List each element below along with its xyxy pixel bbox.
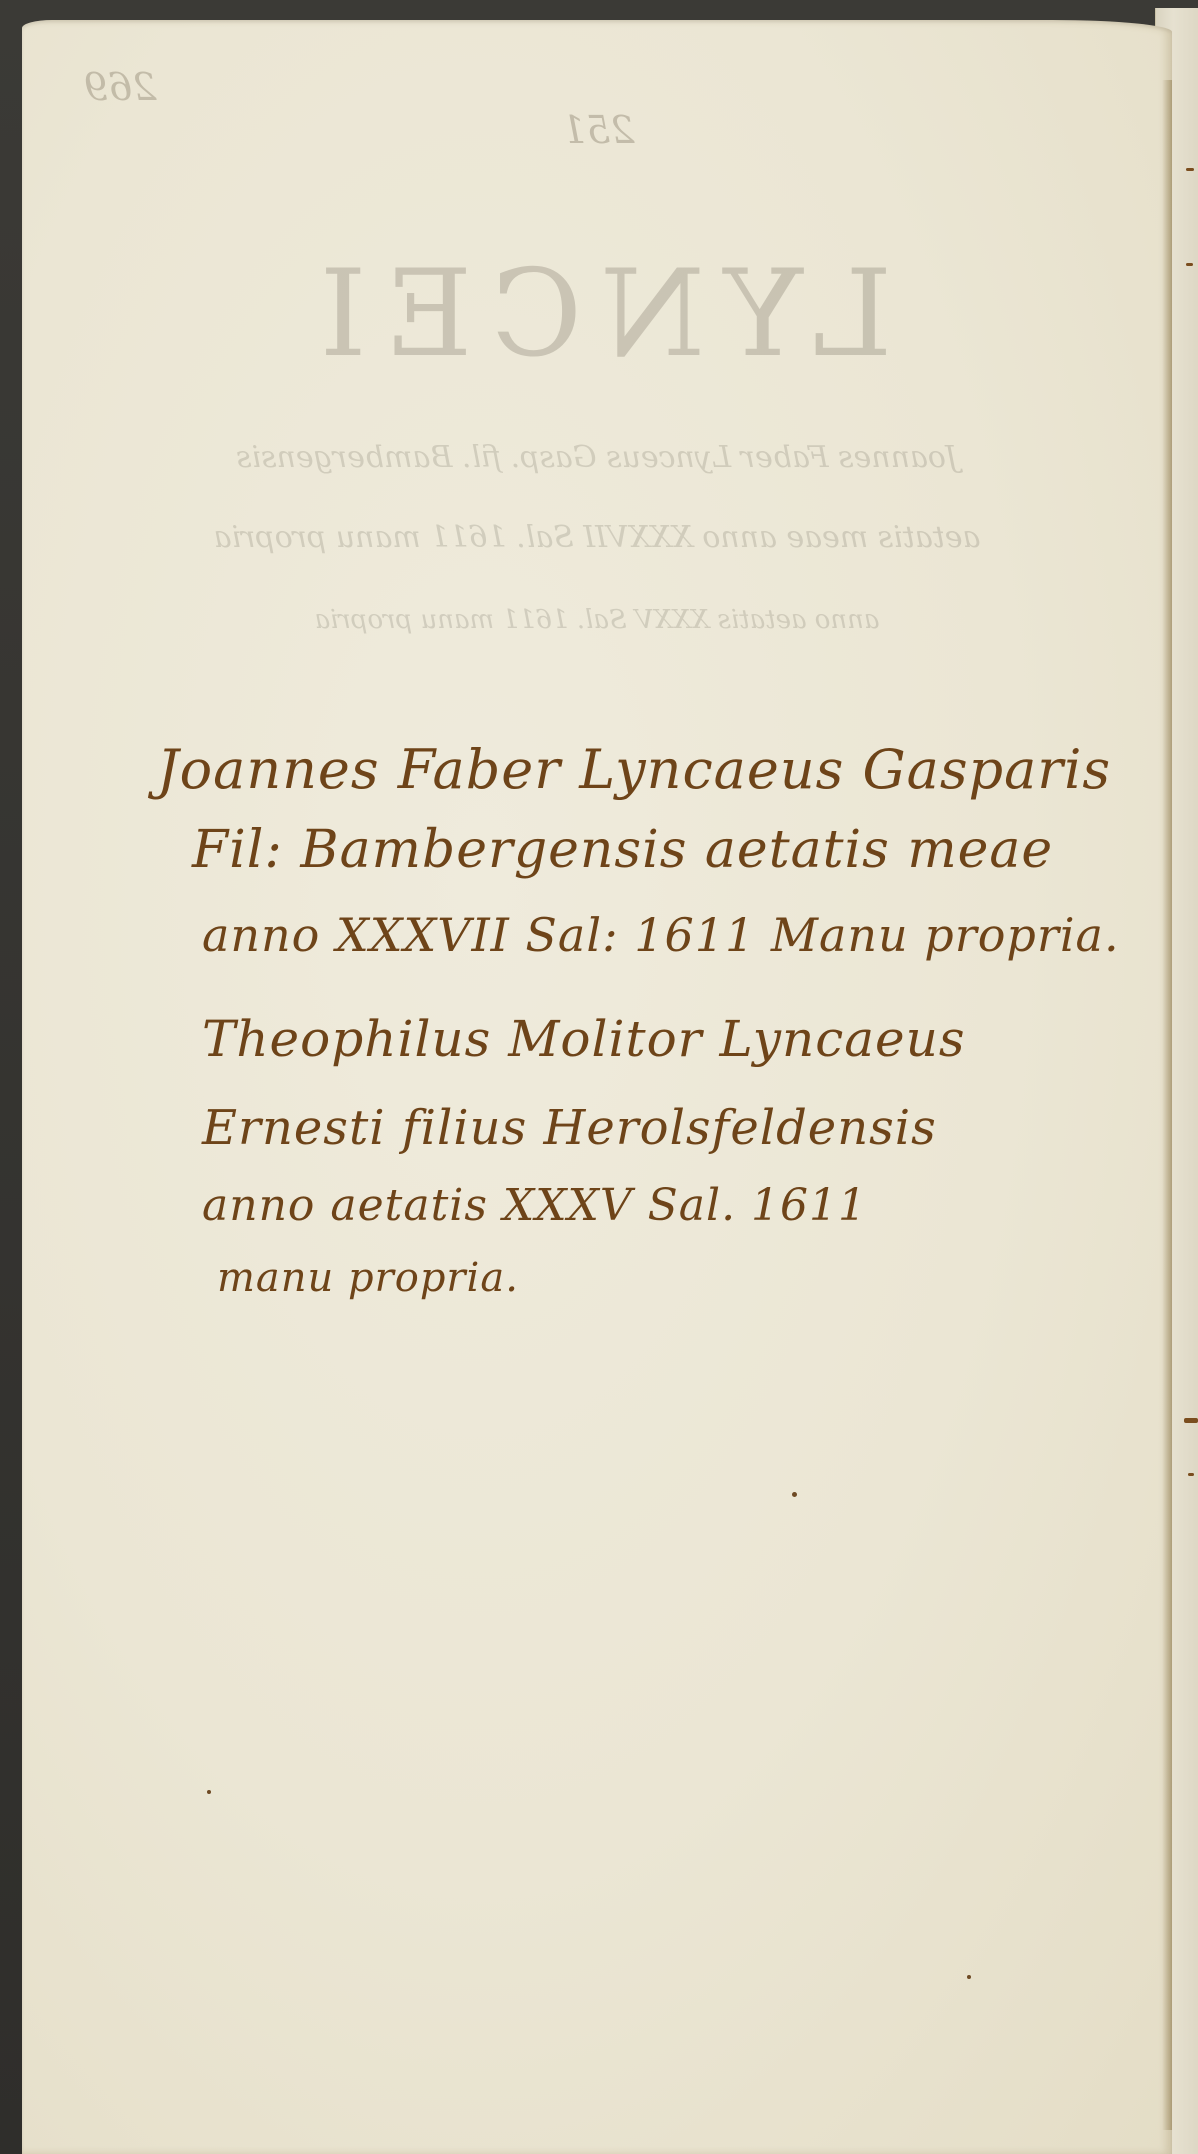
- show-through-title: LYNCEI: [22, 245, 1172, 384]
- ink-speck: [792, 1492, 797, 1497]
- adjacent-ink-mark: [1188, 1473, 1194, 1476]
- inscription-line: anno aetatis XXXV Sal. 1611: [202, 1180, 867, 1231]
- folio-number-left: 269: [84, 65, 157, 109]
- inscription-line: Joannes Faber Lyncaeus Gasparis: [157, 738, 1111, 801]
- show-through-line: Joannes Faber Lynceus Gasp. fil. Bamberg…: [22, 440, 1172, 475]
- inscription-line: Fil: Bambergensis aetatis meae: [192, 820, 1053, 880]
- inscription-line: anno XXXVII Sal: 1611 Manu propria.: [202, 908, 1120, 962]
- inscription-line: Theophilus Molitor Lyncaeus: [202, 1010, 966, 1068]
- show-through-line: aetatis meae anno XXXVII Sal. 1611 manu …: [22, 520, 1172, 555]
- manuscript-page: 269 251 LYNCEI Joannes Faber Lynceus Gas…: [22, 20, 1172, 2154]
- inscription-line: manu propria.: [217, 1255, 519, 1301]
- ink-speck: [967, 1975, 971, 1979]
- folio-number-center: 251: [562, 108, 635, 152]
- show-through-line: anno aetatis XXXV Sal. 1611 manu propria: [22, 605, 1172, 635]
- inscription-line: Ernesti filius Herolsfeldensis: [202, 1100, 937, 1156]
- adjacent-ink-mark: [1186, 168, 1194, 171]
- adjacent-ink-mark: [1186, 263, 1193, 266]
- adjacent-ink-mark: [1184, 1418, 1198, 1423]
- ink-speck: [207, 1790, 211, 1794]
- page-edge-shadow: [1162, 80, 1172, 2130]
